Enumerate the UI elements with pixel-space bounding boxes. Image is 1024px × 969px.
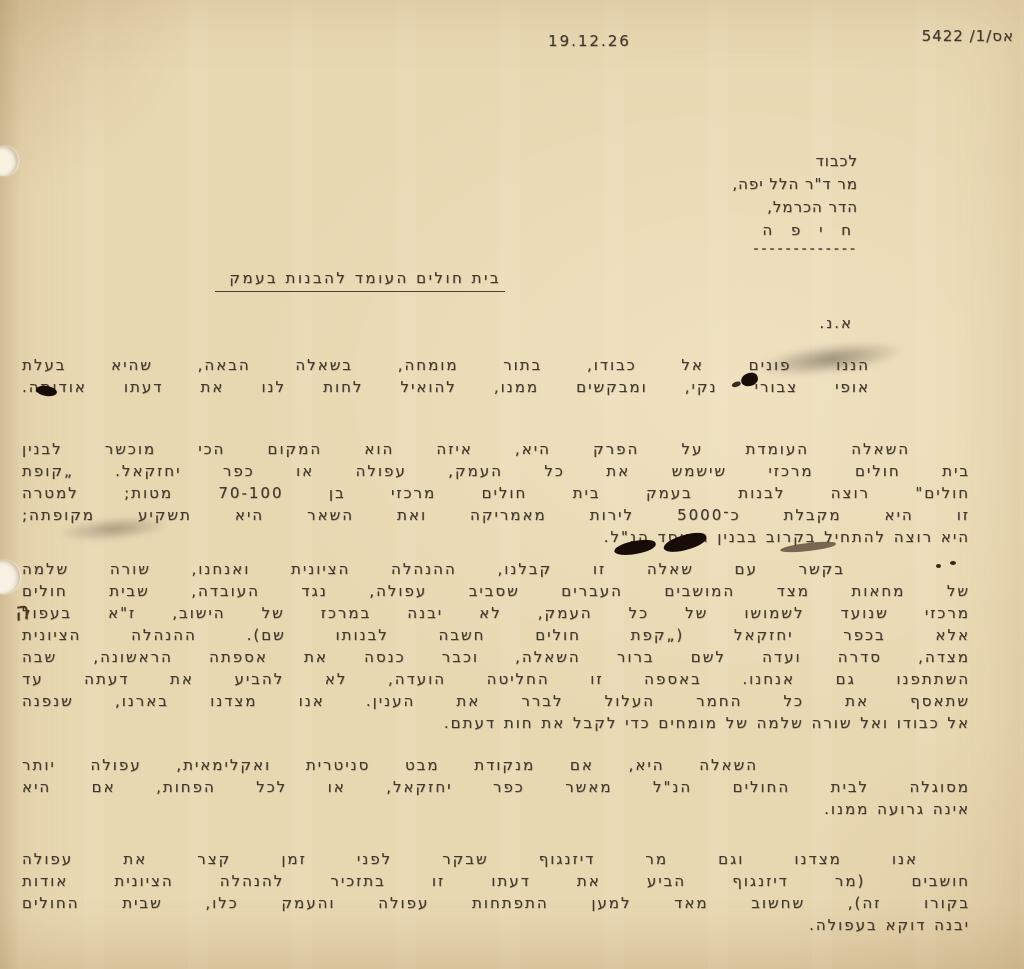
text-line: בית חולים מרכזי שישמש את כל העמק, עפולה … (22, 460, 970, 482)
address-line: הדר הכרמל, (732, 196, 858, 219)
text-line: שתאסף את כל החמר העלול לברר את הענין. אנ… (22, 690, 970, 712)
text-line: אל כבודו ואל שורה שלמה של מומחים כדי לקב… (22, 712, 970, 734)
address-line: ח י פ ה (732, 219, 858, 242)
text-line: השאלה העומדת על הפרק היא, איזה הוא המקום… (22, 438, 970, 460)
text-line: אינה גרועה ממנו. (22, 798, 970, 820)
text-line: בקורו זה), שחשוב מאד למען התפתחות עפולה … (22, 892, 970, 914)
address-lines: לכבודמר ד"ר הלל יפה,הדר הכרמל,ח י פ ה (732, 150, 858, 242)
text-line: מרכזי שנועד לשמושו של כל העמק, לא יבנה ב… (22, 602, 970, 624)
subject-line: בית חולים העומד להבנות בעמק (215, 269, 505, 292)
address-line: מר ד"ר הלל יפה, (732, 173, 858, 196)
paragraph-5: אנו מצדנו וגם מר דיזנגוף שבקר לפני זמן ק… (22, 848, 970, 936)
text-line: חולים" רוצה לבנות בעמק בית חולים מרכזי ב… (22, 482, 970, 504)
hole-punch (0, 560, 20, 594)
text-line: בקשר עם שאלה זו קבלנו, ההנהלה הציונית וא… (22, 558, 970, 580)
text-line: השתתפנו גם אנחנו. באספה זו החליטה הועדה,… (22, 668, 970, 690)
document-page: 19.12.26 5422 /1/אס לכבודמר ד"ר הלל יפה,… (0, 0, 1024, 969)
recipient-address: לכבודמר ד"ר הלל יפה,הדר הכרמל,ח י פ ה --… (732, 150, 858, 255)
file-reference: 5422 /1/אס (882, 27, 1014, 45)
text-line: השאלה היא, אם מנקודת מבט סניטרית ואקלימא… (22, 754, 970, 776)
salutation: א.נ. (819, 314, 853, 332)
text-line: מסוגלה לבית החולים הנ"ל מאשר כפר יחזקאל,… (22, 776, 970, 798)
address-line: לכבוד (732, 150, 858, 173)
text-line: אנו מצדנו וגם מר דיזנגוף שבקר לפני זמן ק… (22, 848, 970, 870)
letter-body: הננו פונים אל כבודו, בתור מומחה, בשאלה ה… (22, 354, 970, 936)
paragraph-2: השאלה העומדת על הפרק היא, איזה הוא המקום… (22, 438, 970, 548)
paragraph-3: בקשר עם שאלה זו קבלנו, ההנהלה הציונית וא… (22, 558, 970, 734)
date-stamp: 19.12.26 (548, 32, 631, 50)
address-divider: ------------- (732, 243, 858, 255)
text-line: מצדה, סדרה ועדה לשם ברור השאלה, וכבר כנס… (22, 646, 970, 668)
text-line: של מחאות מצד המושבים העברים שסביב עפולה,… (22, 580, 970, 602)
hole-punch (0, 146, 18, 176)
text-line: חושבים (מר דיזנגוף הביע את דעתו זו בתזכי… (22, 870, 970, 892)
text-line: אלא בכפר יחזקאל („קפת חולים חשבה לבנותו … (22, 624, 970, 646)
paragraph-4: השאלה היא, אם מנקודת מבט סניטרית ואקלימא… (22, 754, 970, 820)
text-line: יבנה דוקא בעפולה. (22, 914, 970, 936)
subject-text: בית חולים העומד להבנות בעמק (215, 269, 505, 292)
stain-dots (936, 561, 962, 571)
text-line: הננו פונים אל כבודו, בתור מומחה, בשאלה ה… (22, 354, 870, 376)
